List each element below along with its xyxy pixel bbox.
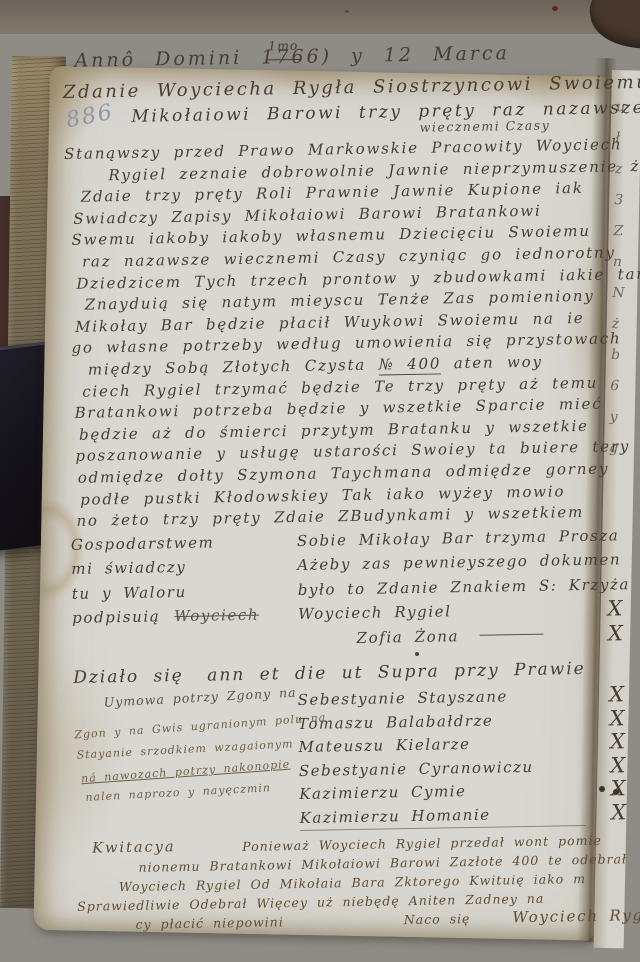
- handwritten-text: Annô Domini 1mo 1766) y 12 Marca Zdanie …: [62, 24, 630, 935]
- kwitacya-section: Kwitacya Ponieważ Woyciech Rygiel przeda…: [76, 830, 630, 935]
- witness-x-mark: X: [585, 777, 627, 801]
- heading-line-date: Annô Domini 1mo 1766) y 12 Marca: [74, 38, 614, 73]
- dzialo-rest: ann et die ut Supra przy Prawie: [207, 656, 586, 689]
- spacer: [76, 807, 300, 835]
- manuscript-photo: ułz3ZnNżb6yg 886 Annô Domini 1mo 1766) y…: [0, 0, 640, 962]
- signature-x-mark: X: [580, 621, 624, 646]
- closing-and-signatures: Gospodarstwem Sobie Mikołay Bar trzyma P…: [71, 523, 625, 655]
- kwitacya-label: Kwitacya: [92, 837, 242, 859]
- heading-anno-domini: Annô Domini: [74, 47, 242, 72]
- underlined-sum: № 400: [378, 354, 441, 375]
- crossed-out-word: Woyciech: [174, 606, 259, 625]
- naco-sie: Naco się: [404, 909, 471, 929]
- witness-x-mark: X: [585, 754, 627, 778]
- witness-x-mark: X: [583, 683, 625, 707]
- witness-x-mark: X: [585, 801, 627, 826]
- speck: [345, 10, 349, 13]
- signature-x-mark: X: [580, 596, 624, 621]
- witness-x-mark: X: [584, 707, 626, 731]
- witness-name: Kazimierzu Homanie: [300, 802, 586, 831]
- dzialo-lead: Działo się: [73, 663, 207, 691]
- red-speck: [552, 6, 558, 11]
- margin-label: [72, 627, 298, 655]
- interlinear-insertion: 1mo: [265, 33, 302, 61]
- final-signature-name: Woyciech Rygiel: [512, 906, 640, 928]
- witness-section: Działo się ann et die ut Supra przy Praw…: [73, 655, 628, 835]
- deed-body: Stanąwszy przed Prawo Markowskie Pracowi…: [64, 134, 623, 532]
- kwitacya-final-text: cy płacić niepowini: [135, 912, 284, 934]
- kwitacya-lines: nionemu Bratankowi Mikołaiowi Barowi Zaz…: [76, 849, 629, 916]
- signature-name: Zofia Żona: [298, 622, 580, 651]
- witness-x-mark: X: [584, 730, 626, 754]
- year-with-insertion: 1mo 1766) y 12 Marca: [261, 42, 510, 68]
